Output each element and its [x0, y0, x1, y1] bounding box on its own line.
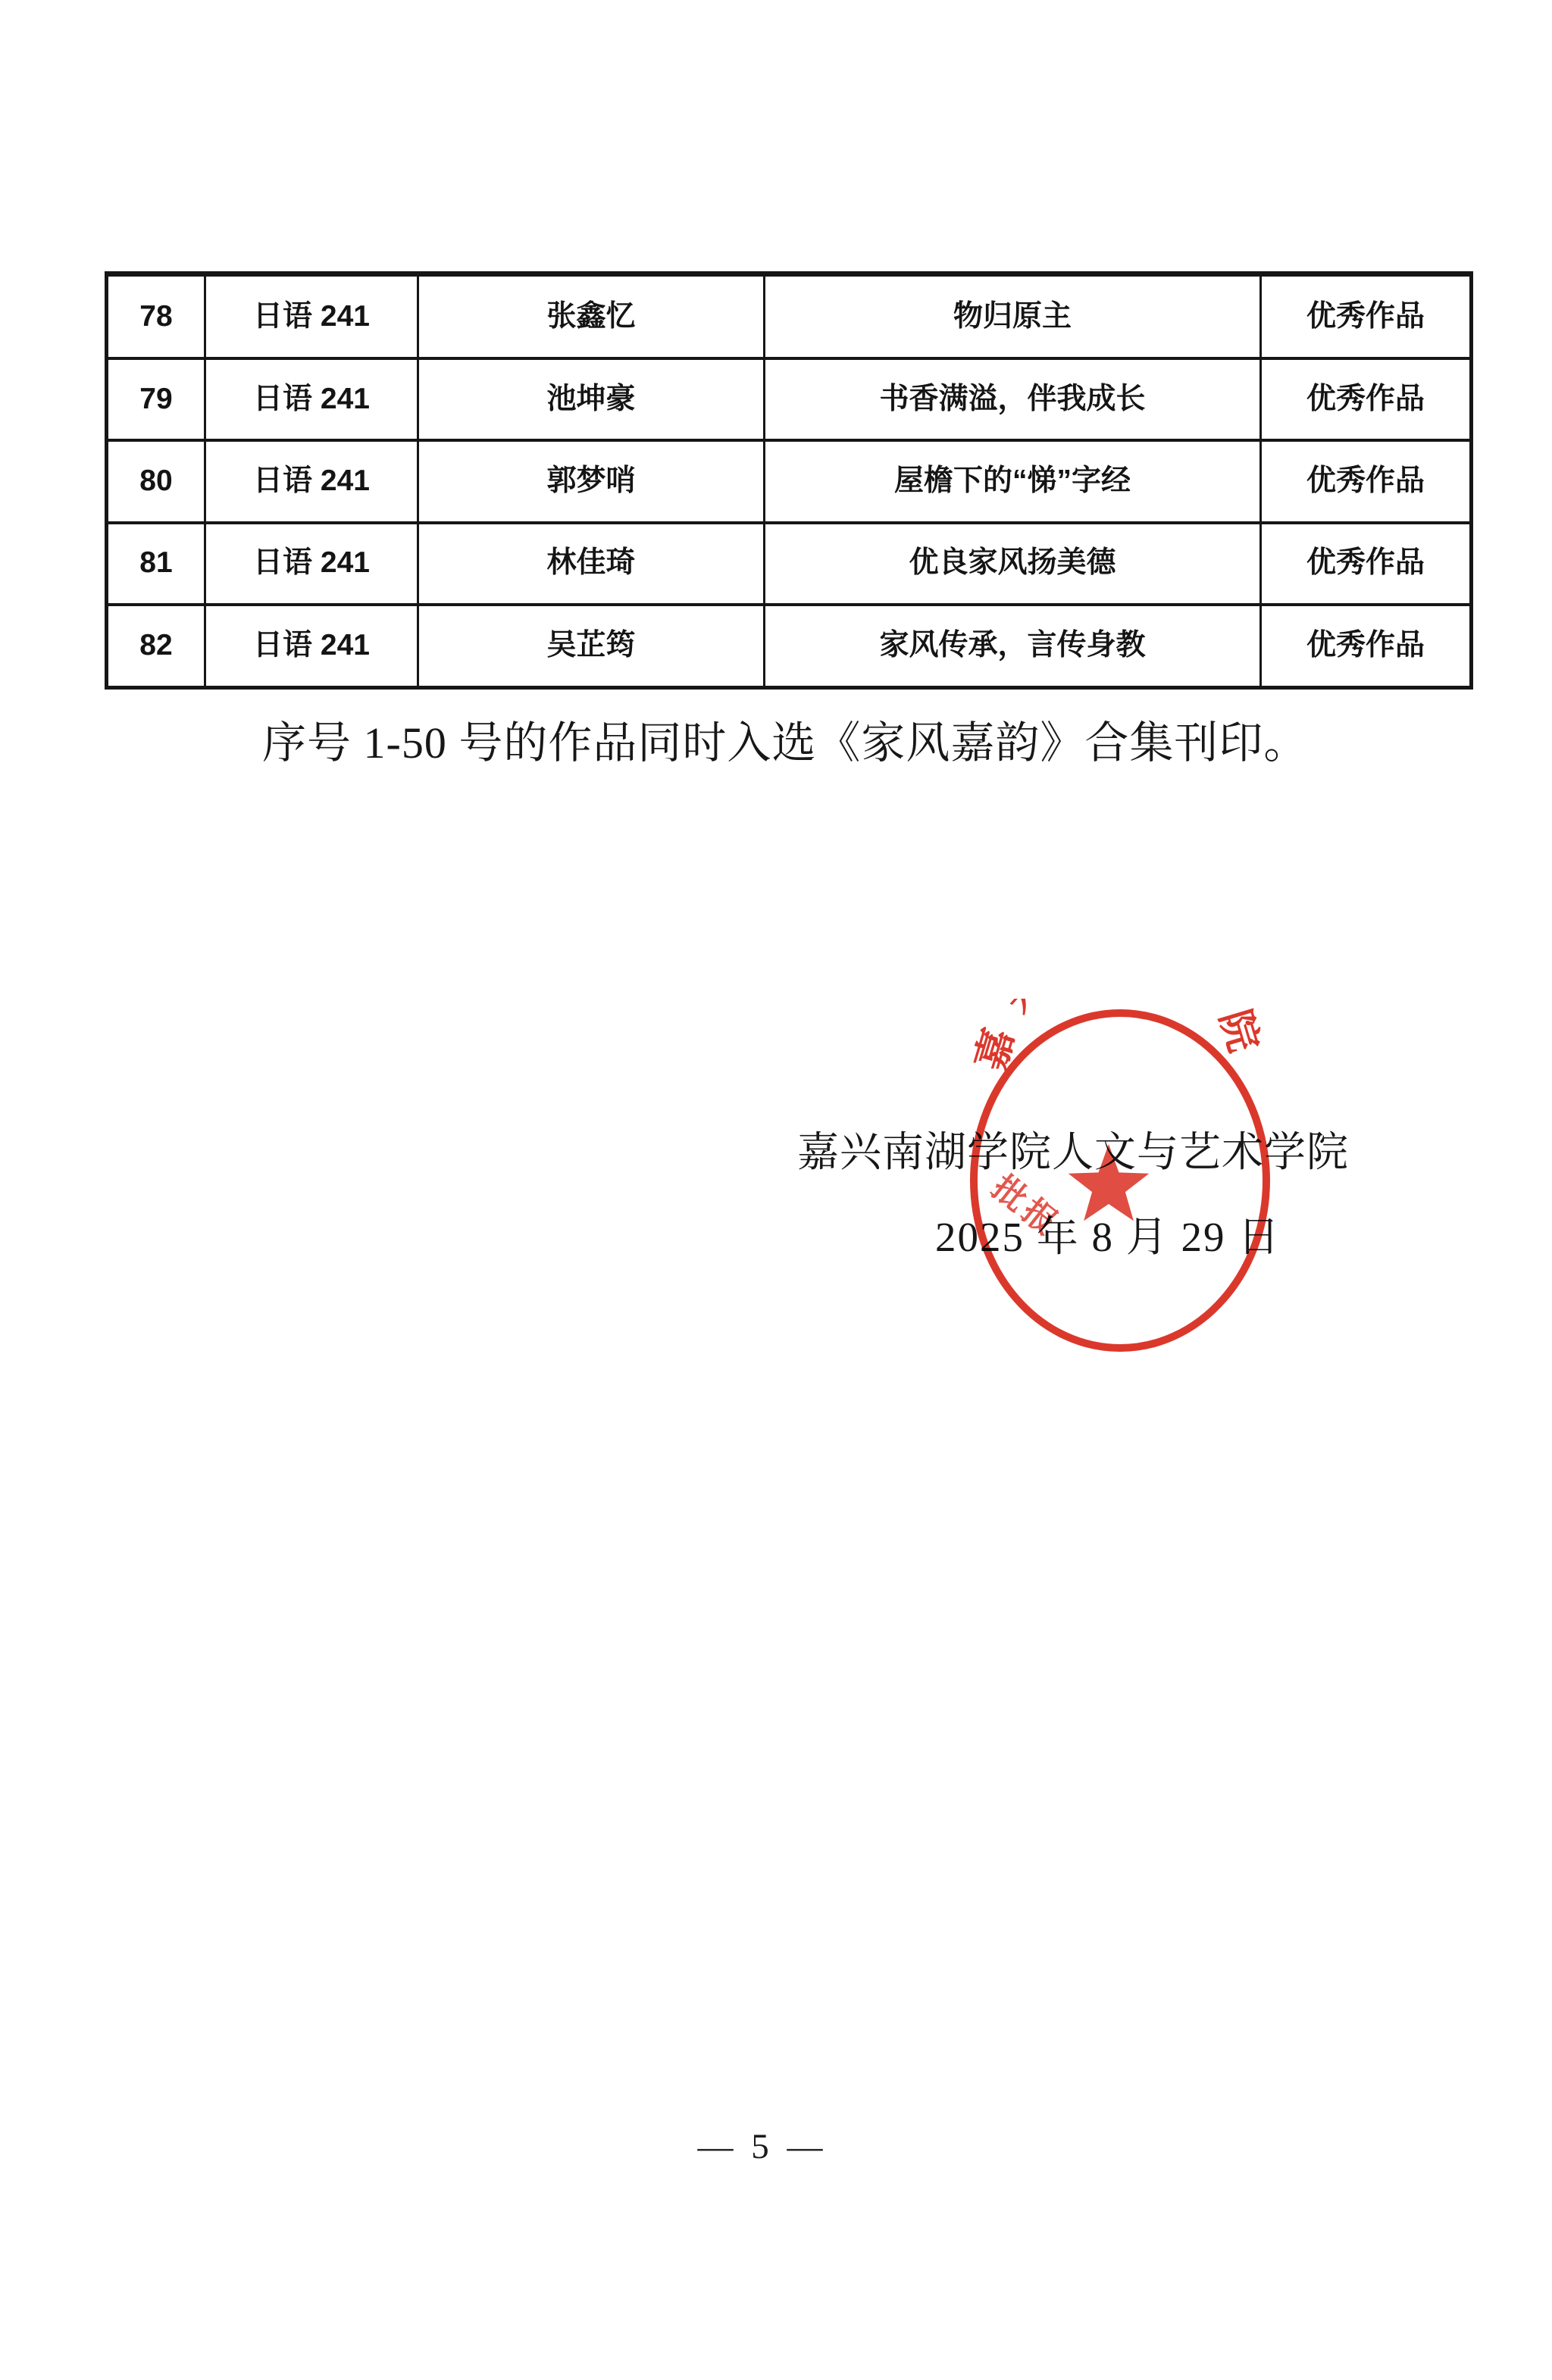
cell-award: 优秀作品 — [1261, 274, 1472, 359]
cell-title: 家风传承，言传身教 — [765, 605, 1261, 687]
table-row: 82 日语 241 吴芷筠 家风传承，言传身教 优秀作品 — [107, 605, 1472, 687]
cell-name: 张鑫忆 — [418, 274, 765, 359]
cell-number: 80 — [107, 440, 205, 522]
cell-award: 优秀作品 — [1261, 358, 1472, 440]
cell-award: 优秀作品 — [1261, 523, 1472, 605]
cell-class: 日语 241 — [205, 358, 418, 440]
cell-name: 郭梦哨 — [418, 440, 765, 522]
cell-number: 78 — [107, 274, 205, 359]
table-row: 78 日语 241 张鑫忆 物归原主 优秀作品 — [107, 274, 1472, 359]
cell-name: 林佳琦 — [418, 523, 765, 605]
cell-award: 优秀作品 — [1261, 605, 1472, 687]
cell-class: 日语 241 — [205, 605, 418, 687]
cell-title: 屋檐下的“悌”字经 — [765, 440, 1261, 522]
cell-number: 82 — [107, 605, 205, 687]
page-number: — 5 — — [0, 2126, 1538, 2167]
cell-class: 日语 241 — [205, 523, 418, 605]
seal-fragment-text: 批报 — [985, 1168, 1068, 1244]
table-row: 81 日语 241 林佳琦 优良家风扬美德 优秀作品 — [107, 523, 1472, 605]
table-row: 80 日语 241 郭梦哨 屋檐下的“悌”字经 优秀作品 — [107, 440, 1472, 522]
cell-title: 物归原主 — [765, 274, 1261, 359]
cell-number: 79 — [107, 358, 205, 440]
cell-class: 日语 241 — [205, 274, 418, 359]
cell-number: 81 — [107, 523, 205, 605]
cell-award: 优秀作品 — [1261, 440, 1472, 522]
cell-title: 书香满溢，伴我成长 — [765, 358, 1261, 440]
document-page: 78 日语 241 张鑫忆 物归原主 优秀作品 79 日语 241 池坤豪 书香… — [0, 0, 1552, 2380]
seal-star-icon — [1069, 1144, 1150, 1221]
cell-name: 吴芷筠 — [418, 605, 765, 687]
awards-table: 78 日语 241 张鑫忆 物归原主 优秀作品 79 日语 241 池坤豪 书香… — [105, 271, 1473, 690]
note-text: 序号 1-50 号的作品同时入选《家风嘉韵》合集刊印。 — [262, 718, 1308, 769]
cell-name: 池坤豪 — [418, 358, 765, 440]
official-seal-stamp: 嘉兴南湖学院 批报 人文与艺术学院 — [961, 999, 1279, 1359]
cell-title: 优良家风扬美德 — [765, 523, 1261, 605]
cell-class: 日语 241 — [205, 440, 418, 522]
table-row: 79 日语 241 池坤豪 书香满溢，伴我成长 优秀作品 — [107, 358, 1472, 440]
